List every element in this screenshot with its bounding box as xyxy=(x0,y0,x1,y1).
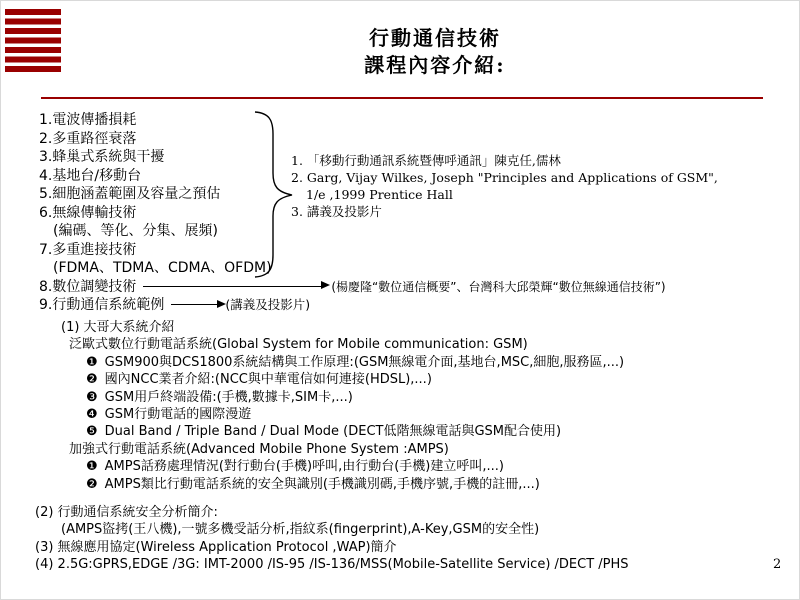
topic-label: 多重進接技術 xyxy=(52,242,136,258)
reference-text: 講義及投影片 xyxy=(307,204,382,219)
right-arrow xyxy=(143,286,321,287)
topic-label: 數位調變技術 xyxy=(52,279,136,295)
topic-annotation: (講義及投影片) xyxy=(225,297,310,312)
topic-item-6-sub: (編碼、等化、分集、展頻) xyxy=(39,222,666,241)
body-line: 泛歐式數位行動電話系統(Global System for Mobile com… xyxy=(35,336,629,353)
slide-title: 行動通信技術 課程內容介紹: xyxy=(71,25,799,79)
reference-number: 1. xyxy=(291,153,303,168)
topic-annotation: (楊慶隆“數位通信概要”、台灣科大邱榮輝“數位無線通信技術”) xyxy=(331,280,665,294)
topic-label: 蜂巢式系統與干擾 xyxy=(52,149,164,165)
body-line: ❷國內NCC業者介紹:(NCC與中華電信如何連接(HDSL),...) xyxy=(35,371,629,388)
topic-label: 行動通信系統範例 xyxy=(52,297,164,313)
reference-item-2: 2. Garg, Vijay Wilkes, Joseph "Principle… xyxy=(291,169,718,186)
circled-number-bullet: ❸ xyxy=(86,390,98,405)
body-line: ❹GSM行動電話的國際漫遊 xyxy=(35,406,629,423)
topic-number: 1. xyxy=(39,112,52,128)
body-line: (3) 無線應用協定(Wireless Application Protocol… xyxy=(35,539,629,556)
body-line: ❺Dual Band / Triple Band / Dual Mode (DE… xyxy=(35,423,629,440)
topic-item-7-sub: (FDMA、TDMA、CDMA、OFDM) xyxy=(39,259,666,278)
right-arrow xyxy=(171,304,217,305)
red-stripes-logo xyxy=(5,9,61,72)
reference-text: 「移動行動通訊系統暨傳呼通訊」陳克任,儒林 xyxy=(307,153,561,168)
body-line: ❶AMPS話務處理情況(對行動台(手機)呼叫,由行動台(手機)建立呼叫,...) xyxy=(35,458,629,475)
circled-number-bullet: ❷ xyxy=(86,477,98,492)
reference-list: 1. 「移動行動通訊系統暨傳呼通訊」陳克任,儒林 2. Garg, Vijay … xyxy=(291,152,718,220)
topic-number: 6. xyxy=(39,205,52,221)
title-line-1: 行動通信技術 xyxy=(71,25,799,52)
body-line: (AMPS盜拷(王八機),一號多機受話分析,指紋系(fingerprint),A… xyxy=(35,521,629,538)
body-line: ❷AMPS類比行動電話系統的安全與識別(手機識別碼,手機序號,手機的註冊,...… xyxy=(35,476,629,493)
topic-number: 4. xyxy=(39,168,52,184)
topic-item-2: 2.多重路徑衰落 xyxy=(39,130,666,149)
topic-item-7: 7.多重進接技術 xyxy=(39,241,666,260)
slide: 行動通信技術 課程內容介紹: 1.電波傳播損耗 2.多重路徑衰落 3.蜂巢式系統… xyxy=(0,0,800,600)
arrow-head-icon xyxy=(217,300,226,308)
body-line: (4) 2.5G:GPRS,EDGE /3G: IMT-2000 /IS-95 … xyxy=(35,556,629,573)
page-number: 2 xyxy=(773,557,781,572)
body-line: (1) 大哥大系統介紹 xyxy=(35,319,629,336)
topic-label: 基地台/移動台 xyxy=(52,168,141,184)
topic-item-1: 1.電波傳播損耗 xyxy=(39,111,666,130)
title-line-2: 課程內容介紹: xyxy=(71,52,799,79)
body-outline: (1) 大哥大系統介紹 泛歐式數位行動電話系統(Global System fo… xyxy=(35,319,629,573)
topic-item-8: 8.數位調變技術(楊慶隆“數位通信概要”、台灣科大邱榮輝“數位無線通信技術”) xyxy=(39,278,666,297)
circled-number-bullet: ❺ xyxy=(86,424,98,439)
topic-label: 電波傳播損耗 xyxy=(52,112,136,128)
arrow-head-icon xyxy=(321,281,330,289)
reference-item-1: 1. 「移動行動通訊系統暨傳呼通訊」陳克任,儒林 xyxy=(291,152,718,169)
topic-label: 細胞涵蓋範圍及容量之預估 xyxy=(52,186,220,202)
reference-item-3: 3. 講義及投影片 xyxy=(291,203,718,220)
topic-number: 5. xyxy=(39,186,52,202)
topic-number: 8. xyxy=(39,279,52,295)
title-divider xyxy=(41,97,763,99)
body-line: ❶GSM900與DCS1800系統結構與工作原理:(GSM無線電介面,基地台,M… xyxy=(35,354,629,371)
topic-label: 無線傳輸技術 xyxy=(52,205,136,221)
body-line: (2) 行動通信系統安全分析簡介: xyxy=(35,504,629,521)
reference-text: Garg, Vijay Wilkes, Joseph "Principles a… xyxy=(307,170,718,185)
circled-number-bullet: ❶ xyxy=(86,459,98,474)
topic-number: 7. xyxy=(39,242,52,258)
circled-number-bullet: ❶ xyxy=(86,355,98,370)
topic-number: 2. xyxy=(39,131,52,147)
topic-number: 9. xyxy=(39,297,52,313)
reference-number: 3. xyxy=(291,204,303,219)
reference-number: 2. xyxy=(291,170,303,185)
circled-number-bullet: ❷ xyxy=(86,372,98,387)
topic-item-9: 9.行動通信系統範例(講義及投影片) xyxy=(39,296,666,315)
circled-number-bullet: ❹ xyxy=(86,407,98,422)
body-line: 加強式行動電話系統(Advanced Mobile Phone System :… xyxy=(35,441,629,458)
topic-number: 3. xyxy=(39,149,52,165)
topic-label: 多重路徑衰落 xyxy=(52,131,136,147)
reference-item-2-cont: 1/e ,1999 Prentice Hall xyxy=(291,186,718,203)
body-line: ❸GSM用戶終端設備:(手機,數據卡,SIM卡,...) xyxy=(35,389,629,406)
